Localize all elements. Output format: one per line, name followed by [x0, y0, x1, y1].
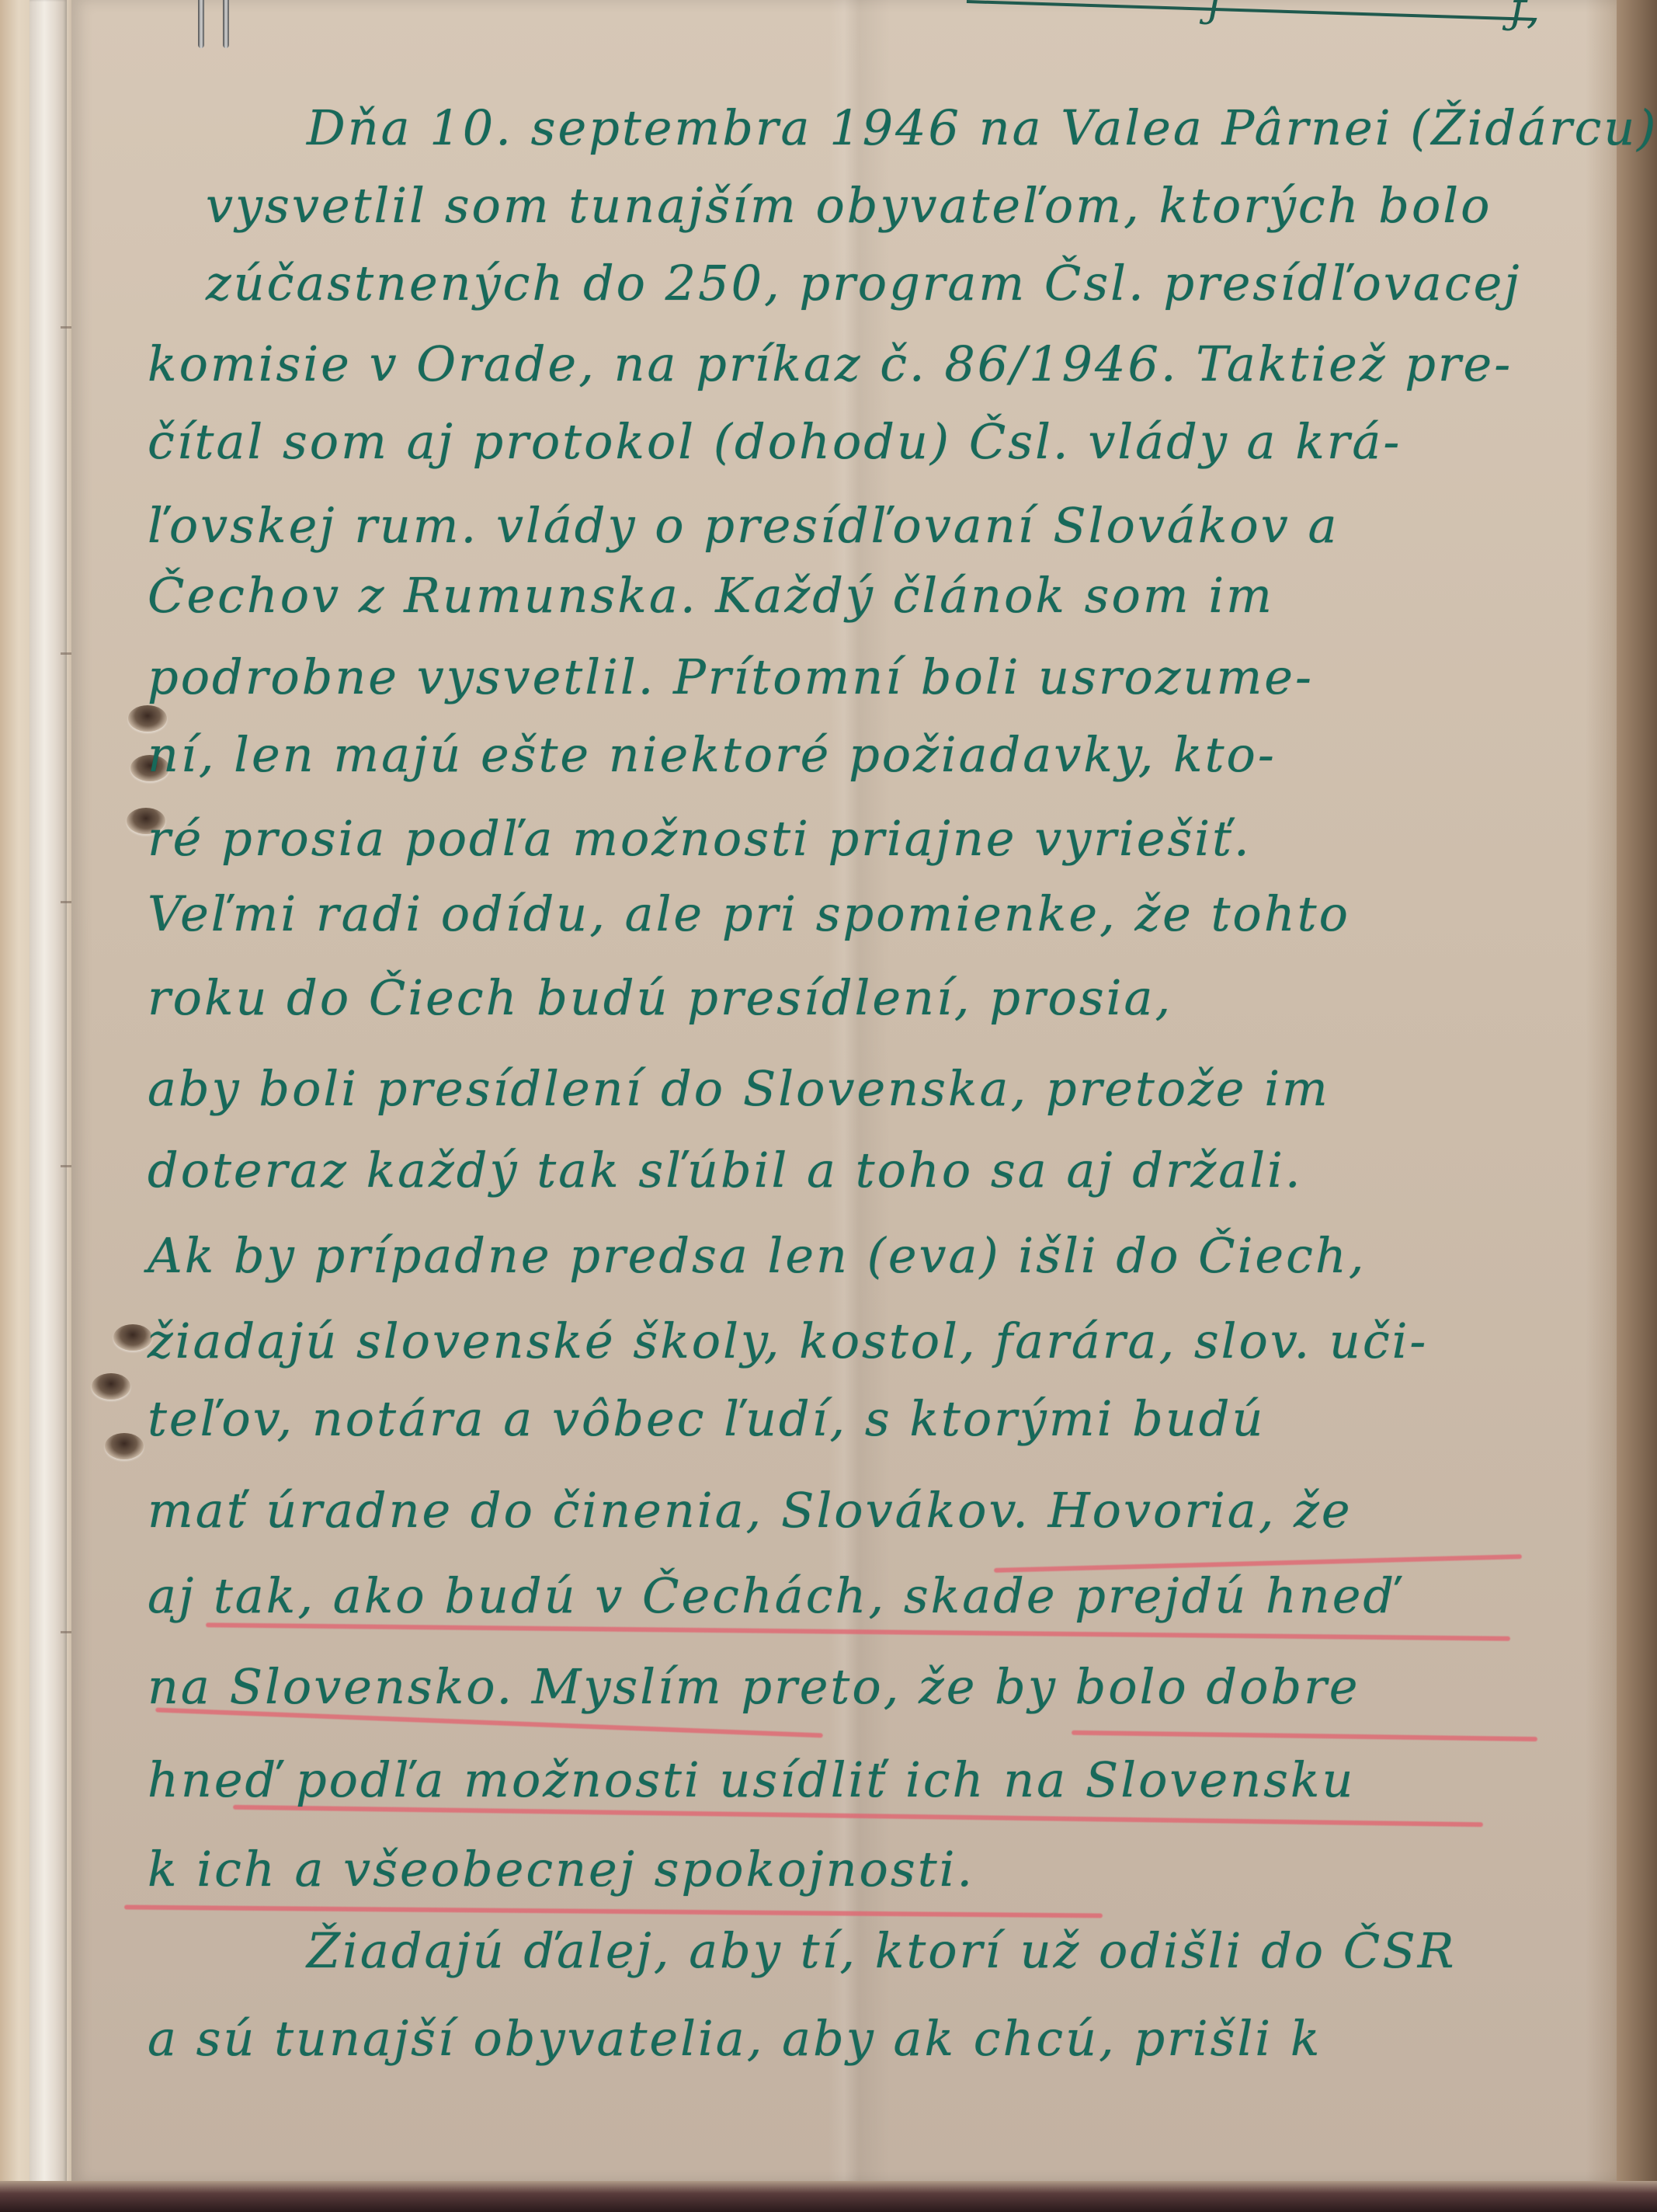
text-line-17: teľov, notára a vôbec ľudí, s ktorými bu…	[148, 1390, 1265, 1447]
text-line-10: ré prosia podľa možnosti priajne vyrieši…	[148, 810, 1252, 867]
text-line-20: na Slovensko. Myslím preto, že by bolo d…	[148, 1658, 1360, 1715]
text-line-11: Veľmi radi odídu, ale pri spomienke, že …	[148, 885, 1350, 942]
text-line-12: roku do Čiech budú presídlení, prosia,	[148, 969, 1172, 1026]
text-line-22: k ich a všeobecnej spokojnosti.	[148, 1841, 974, 1897]
text-line-1: Dňa 10. septembra 1946 na Valea Pârnei (…	[307, 99, 1657, 156]
text-line-23: Žiadajú ďalej, aby tí, ktorí už odišli d…	[307, 1922, 1456, 1979]
text-line-7: Čechov z Rumunska. Každý článok som im	[148, 567, 1274, 624]
text-line-13: aby boli presídlení do Slovenska, pretož…	[148, 1060, 1330, 1117]
text-line-4: komisie v Orade, na príkaz č. 86/1946. T…	[148, 336, 1513, 392]
text-line-3: zúčastnených do 250, program Čsl. presíd…	[206, 255, 1522, 311]
text-line-21: hneď podľa možnosti usídliť ich na Slove…	[148, 1751, 1355, 1808]
text-line-24: a sú tunajší obyvatelia, aby ak chcú, pr…	[148, 2010, 1322, 2067]
text-line-19: aj tak, ako budú v Čechách, skade prejdú…	[148, 1567, 1396, 1624]
text-line-5: čítal som aj protokol (dohodu) Čsl. vlád…	[148, 413, 1402, 470]
handwritten-text: Dňa 10. septembra 1946 na Valea Pârnei (…	[0, 0, 1657, 2212]
text-line-9: ní, len majú ešte niektoré požiadavky, k…	[148, 726, 1277, 783]
text-line-18: mať úradne do činenia, Slovákov. Hovoria…	[148, 1482, 1353, 1539]
text-line-15: Ak by prípadne predsa len (eva) išli do …	[148, 1227, 1366, 1284]
text-line-14: doteraz každý tak sľúbil a toho sa aj dr…	[148, 1142, 1303, 1198]
text-line-16: žiadajú slovenské školy, kostol, farára,…	[148, 1313, 1428, 1369]
text-line-8: podrobne vysvetlil. Prítomní boli usrozu…	[148, 649, 1314, 705]
scanned-document-photo: ƒ ƒ, Dňa 10. septembra 1946 na Valea Pâr…	[0, 0, 1657, 2212]
text-line-6: ľovskej rum. vlády o presídľovaní Slovák…	[148, 497, 1339, 554]
text-line-2: vysvetlil som tunajším obyvateľom, ktorý…	[206, 177, 1492, 234]
